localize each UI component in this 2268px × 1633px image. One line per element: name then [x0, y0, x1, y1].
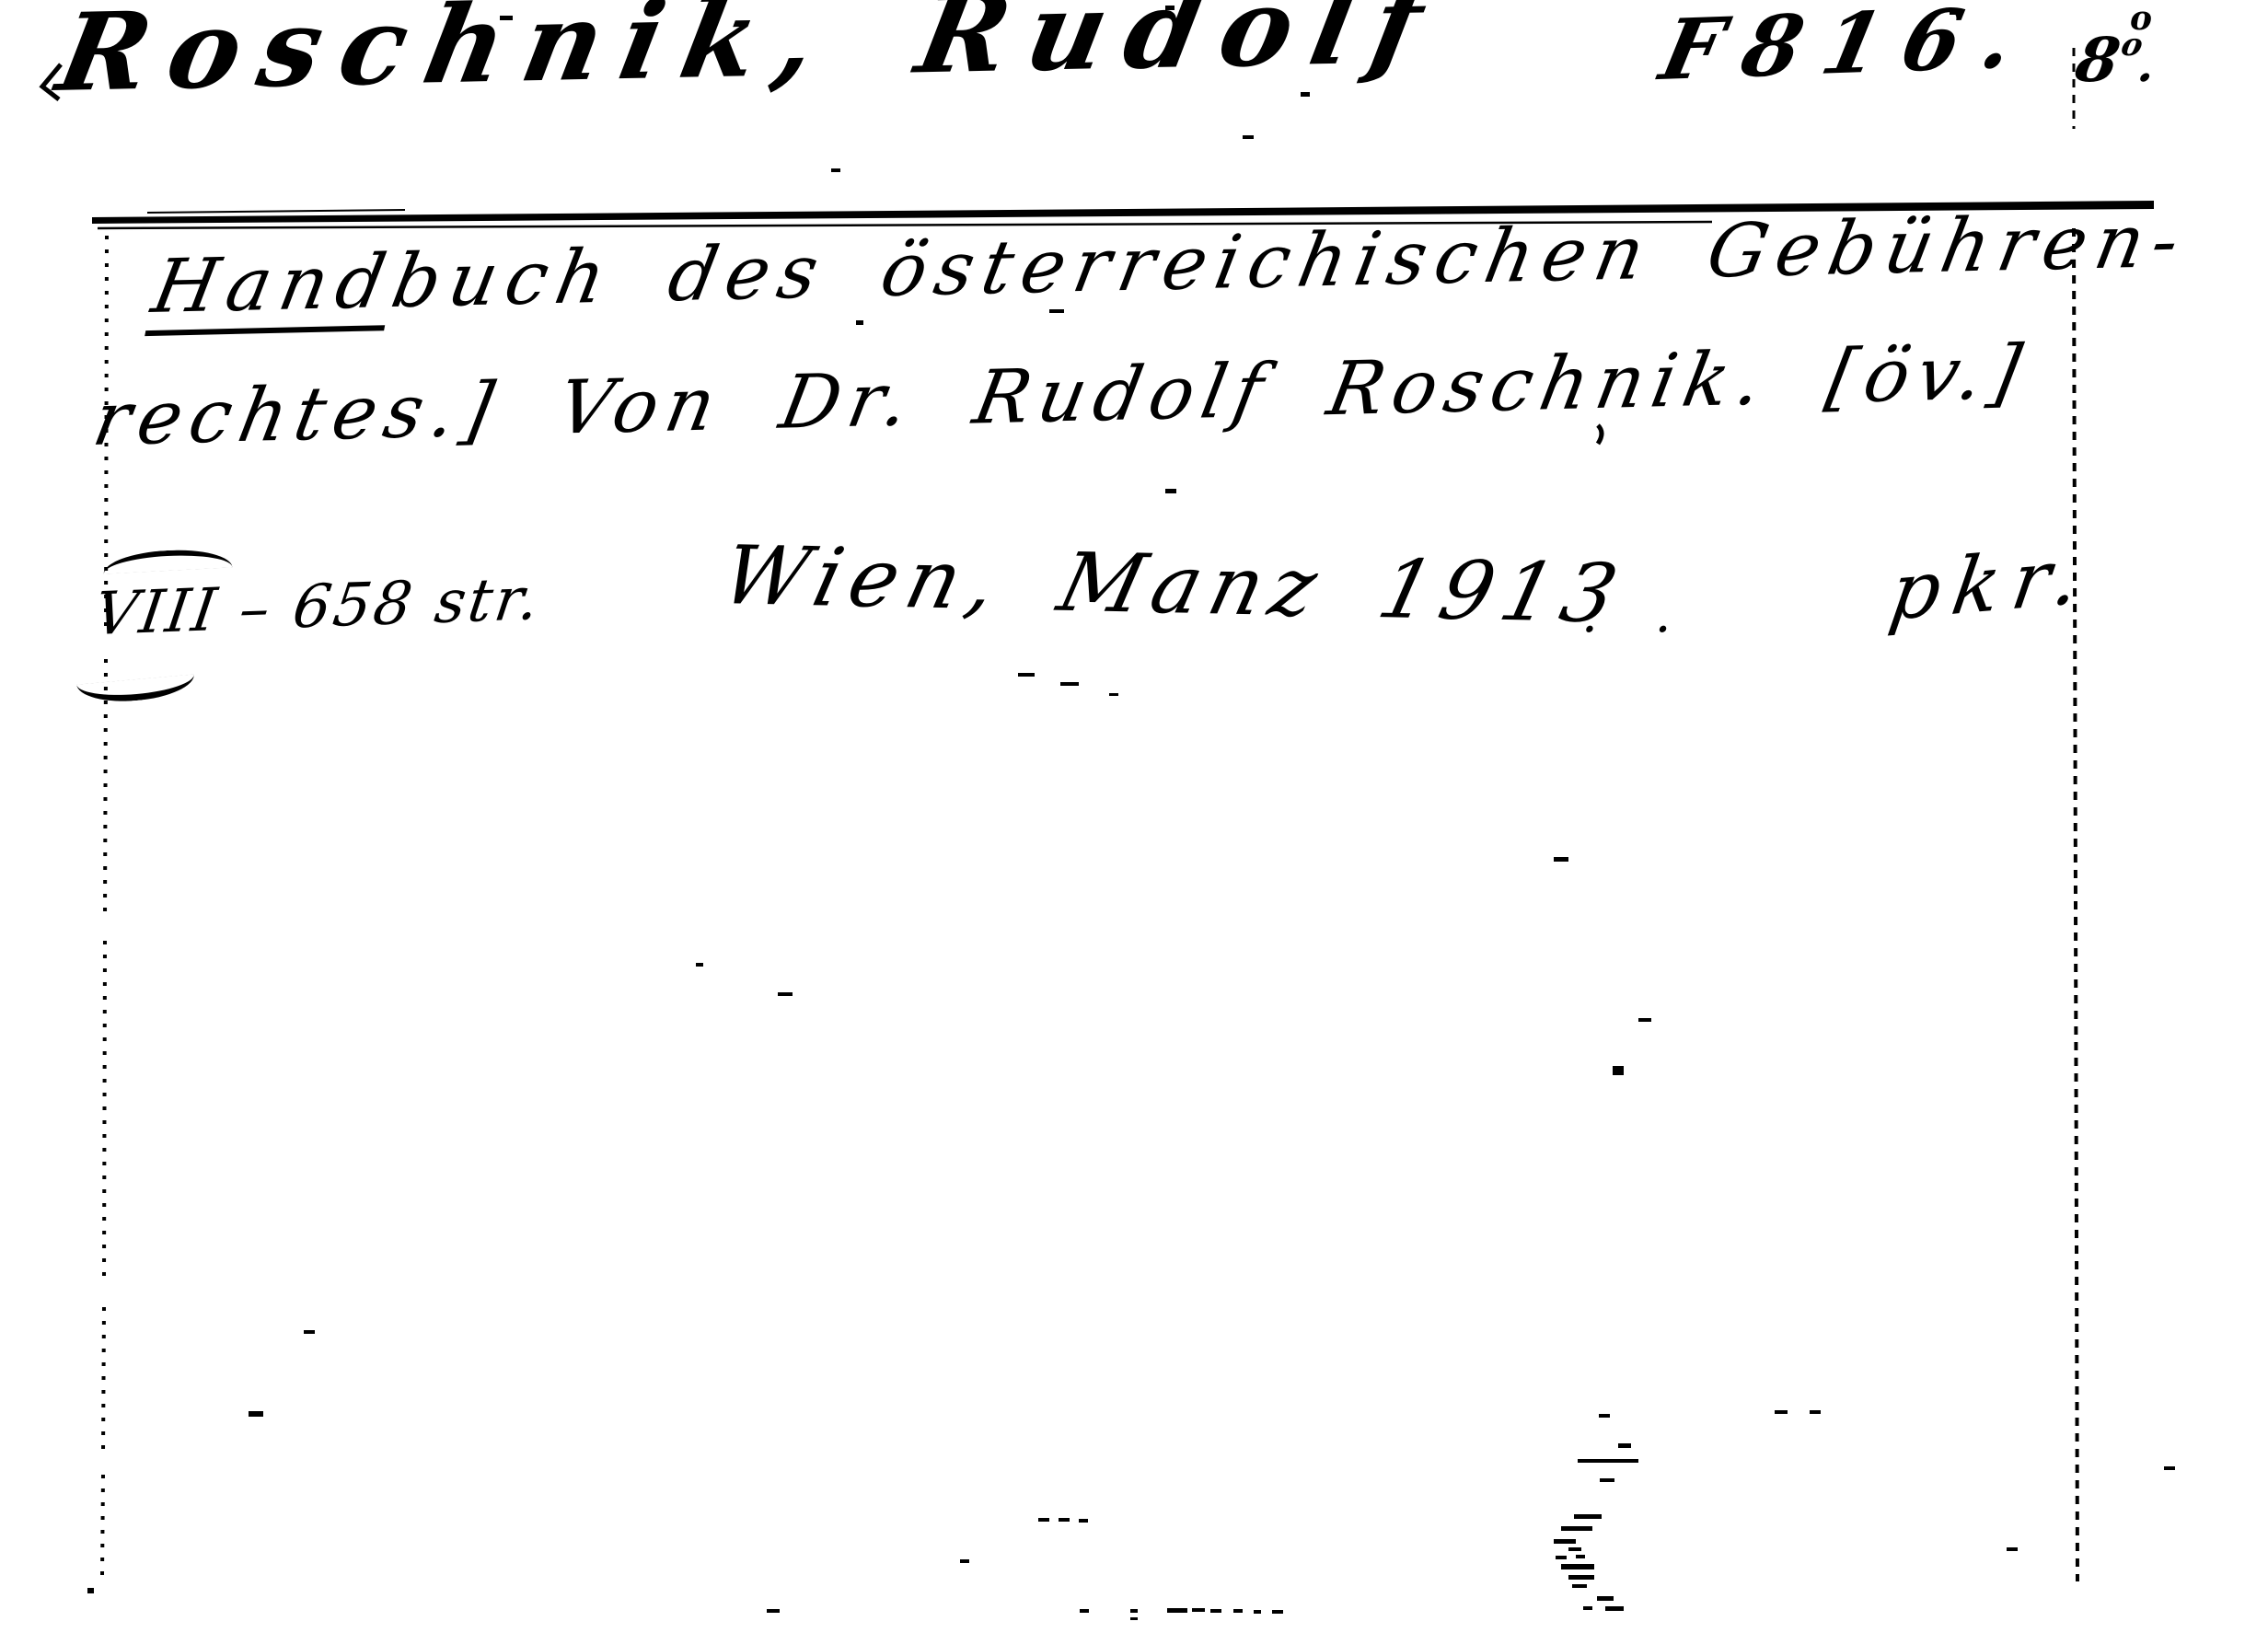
- collation-rest: – 658 str.: [214, 565, 546, 645]
- imprint-trailing-dots: . .: [1581, 585, 1691, 644]
- collation-roman-numeral: VIII: [90, 576, 223, 649]
- horizontal-rule-thin-left: [147, 210, 405, 213]
- binding-note: pkr.: [1884, 530, 2099, 638]
- call-number: F816.: [1653, 0, 2044, 99]
- floating-o-mark: o: [2130, 0, 2152, 38]
- imprint-statement: Wien, Manz 1913: [713, 528, 1635, 640]
- stray-comma-mark: [1598, 425, 1602, 444]
- title-underlined-part: Hand: [145, 238, 401, 336]
- catalog-card: Roschnik, Rudolf F816. 8o. o Handbuch de…: [0, 0, 2268, 1633]
